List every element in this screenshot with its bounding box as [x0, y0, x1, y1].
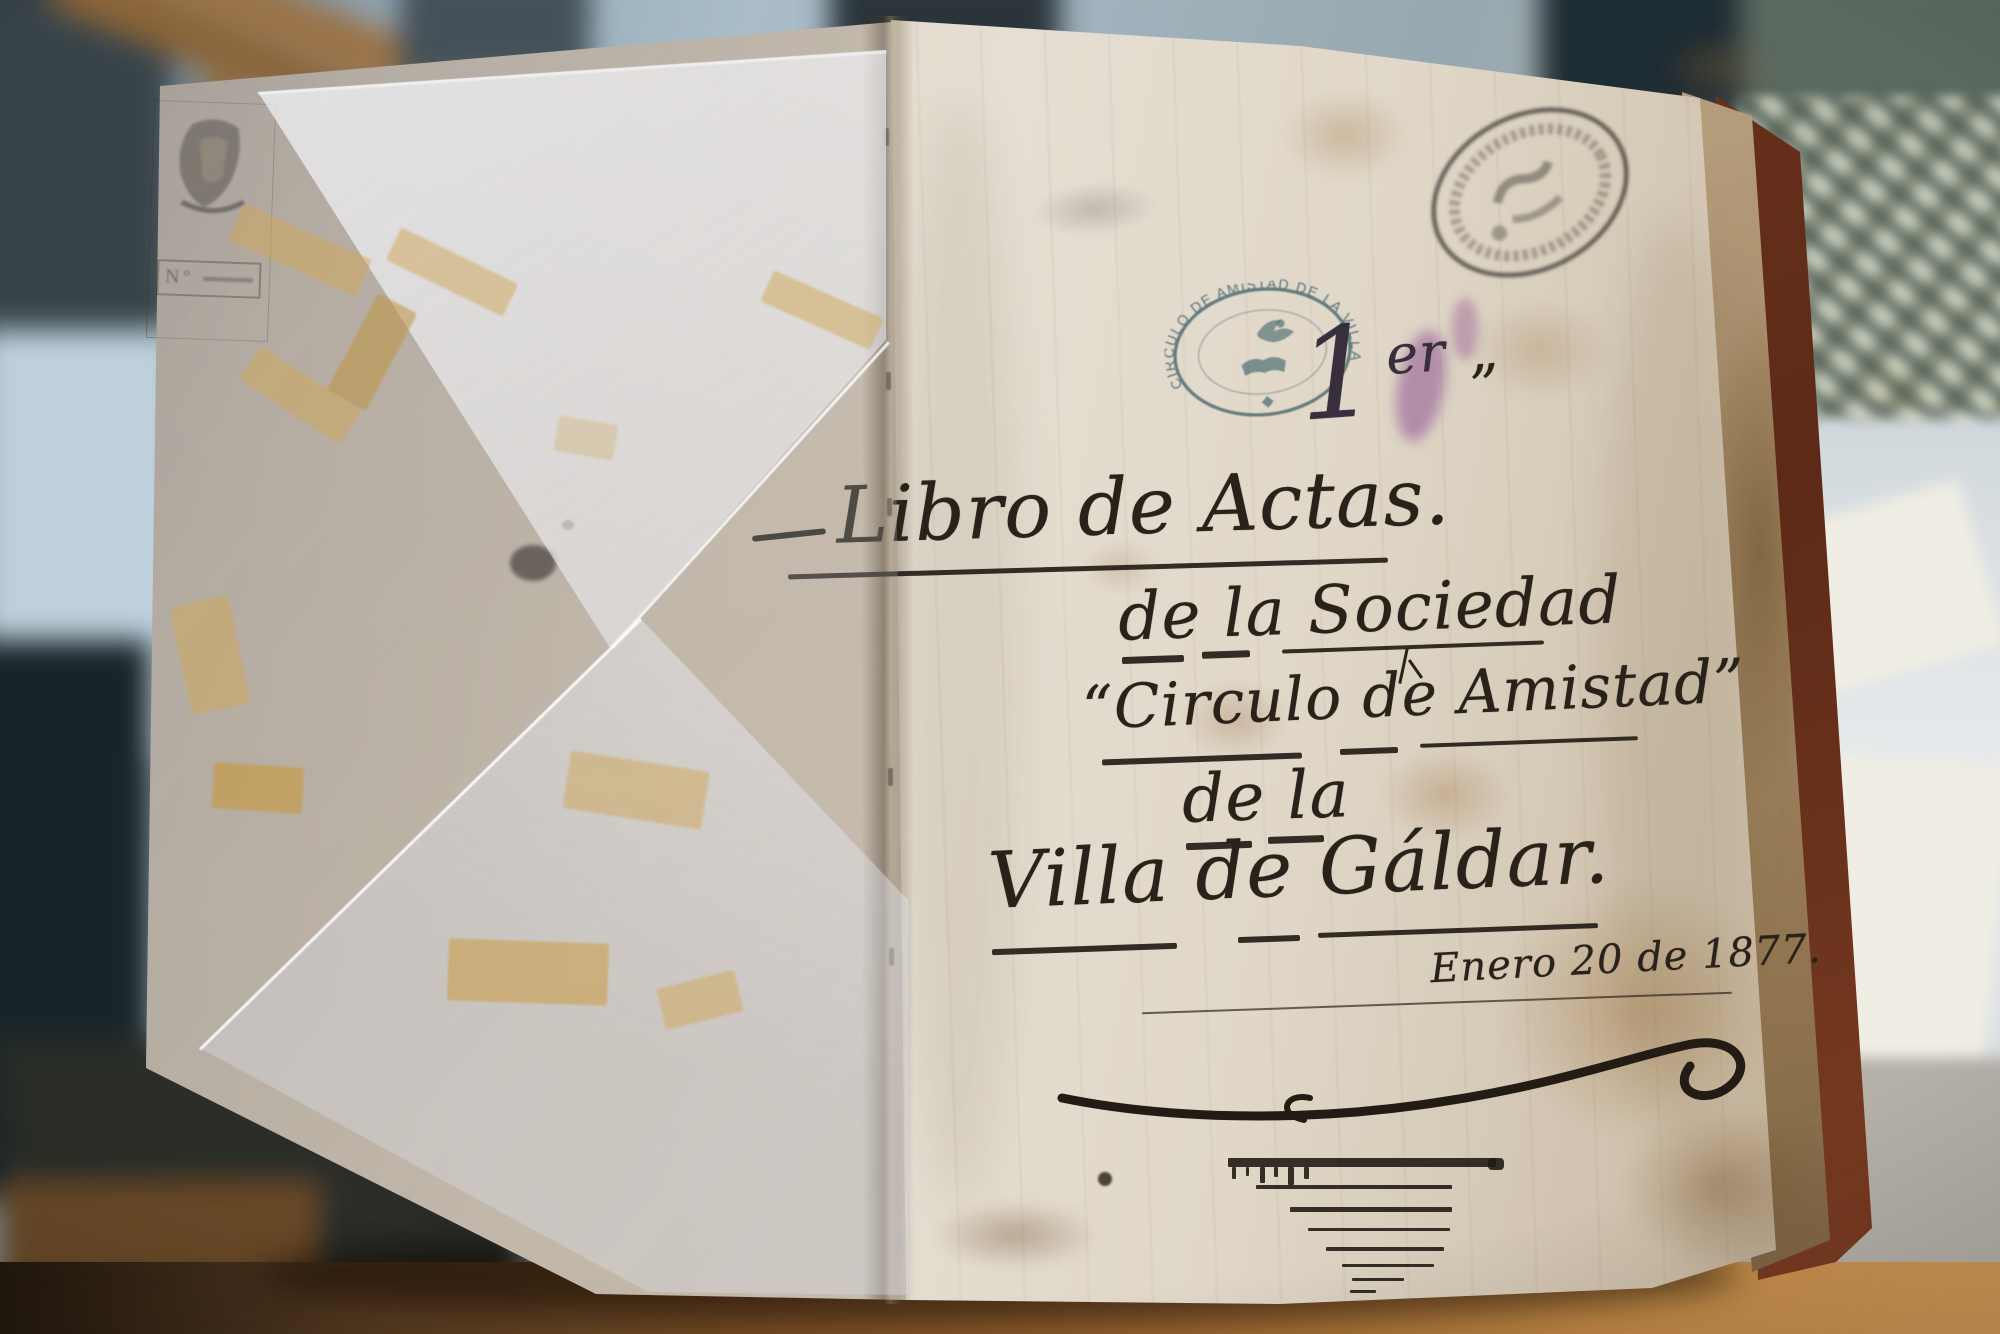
volume-number-script: 1	[1293, 297, 1384, 449]
volume-suffix-script: er	[1384, 320, 1448, 387]
stamp-open-book-emblem	[1241, 356, 1287, 377]
stamp-bird-emblem	[1256, 318, 1295, 343]
paper-stain	[1660, 28, 1780, 108]
pen-flourish	[1040, 1006, 1780, 1146]
faint-pencil-mark	[1028, 178, 1161, 241]
paper-stain	[930, 1200, 1100, 1270]
purple-ink-smudge	[1452, 298, 1478, 360]
black-stamp-illegible-center	[1492, 162, 1555, 203]
tape-strip	[447, 938, 609, 1006]
stamp-diamond-ornament	[1262, 396, 1274, 408]
page-shading	[900, 100, 1020, 1200]
volume-closing-quote: ”	[1467, 351, 1503, 421]
title-line-1: Libro de Actas.	[835, 452, 1452, 561]
photo-of-open-minute-book: CIRCULO DE AMISTAD DE LA VILLA DE GALDAR…	[0, 0, 2000, 1334]
black-stamp-illegible-ring-text	[1432, 104, 1628, 282]
ink-spot	[1098, 1172, 1112, 1186]
tape-strip	[212, 762, 305, 814]
